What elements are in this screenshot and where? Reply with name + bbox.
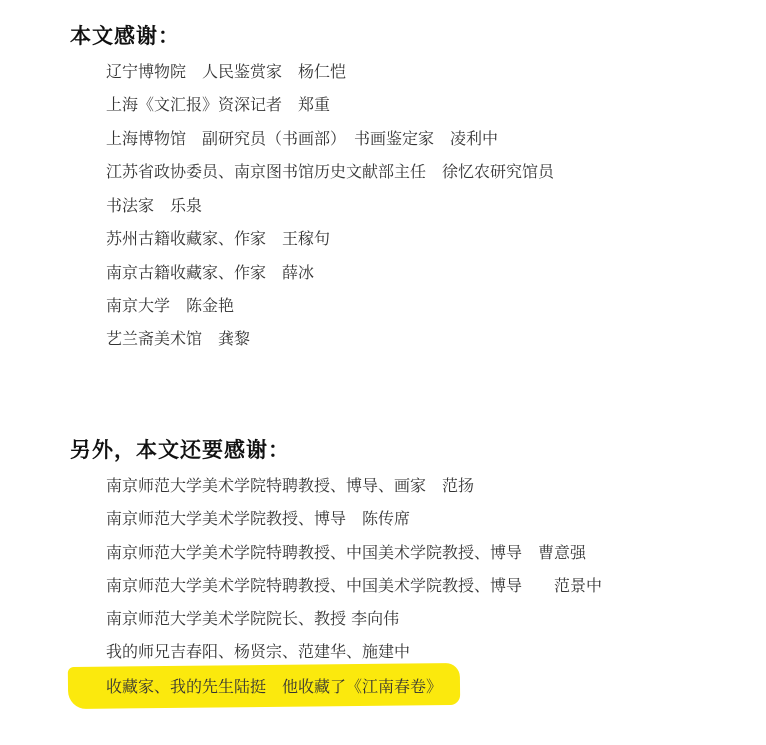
acknowledgement-line: 辽宁博物院 人民鉴赏家 杨仁恺 (106, 62, 346, 82)
acknowledgement-line: 江苏省政协委员、南京图书馆历史文献部主任 徐忆农研究馆员 (106, 162, 554, 182)
acknowledgement-line: 南京师范大学美术学院特聘教授、中国美术学院教授、博导 曹意强 (106, 543, 586, 563)
acknowledgement-line: 苏州古籍收藏家、作家 王稼句 (106, 229, 330, 249)
acknowledgement-line: 上海博物馆 副研究员（书画部） 书画鉴定家 凌利中 (106, 129, 498, 149)
section-title-acknowledgements: 本文感谢： (70, 20, 180, 50)
section-title-additional-acknowledgements: 另外，本文还要感谢： (70, 434, 290, 464)
acknowledgement-line: 南京师范大学美术学院特聘教授、中国美术学院教授、博导 范景中 (106, 576, 602, 596)
acknowledgement-line: 上海《文汇报》资深记者 郑重 (106, 95, 330, 115)
acknowledgement-line: 南京大学 陈金艳 (106, 296, 234, 316)
acknowledgement-line: 书法家 乐泉 (106, 196, 202, 216)
acknowledgement-line: 艺兰斋美术馆 龚黎 (106, 329, 250, 349)
acknowledgement-line: 南京古籍收藏家、作家 薛冰 (106, 263, 314, 283)
highlighted-acknowledgement-line: 收藏家、我的先生陆挺 他收藏了《江南春卷》 (106, 677, 442, 697)
acknowledgement-line: 南京师范大学美术学院院长、教授 李向伟 (106, 609, 399, 629)
acknowledgement-line: 我的师兄吉春阳、杨贤宗、范建华、施建中 (106, 642, 410, 662)
acknowledgement-line: 南京师范大学美术学院特聘教授、博导、画家 范扬 (106, 476, 474, 496)
acknowledgement-line: 南京师范大学美术学院教授、博导 陈传席 (106, 509, 410, 529)
